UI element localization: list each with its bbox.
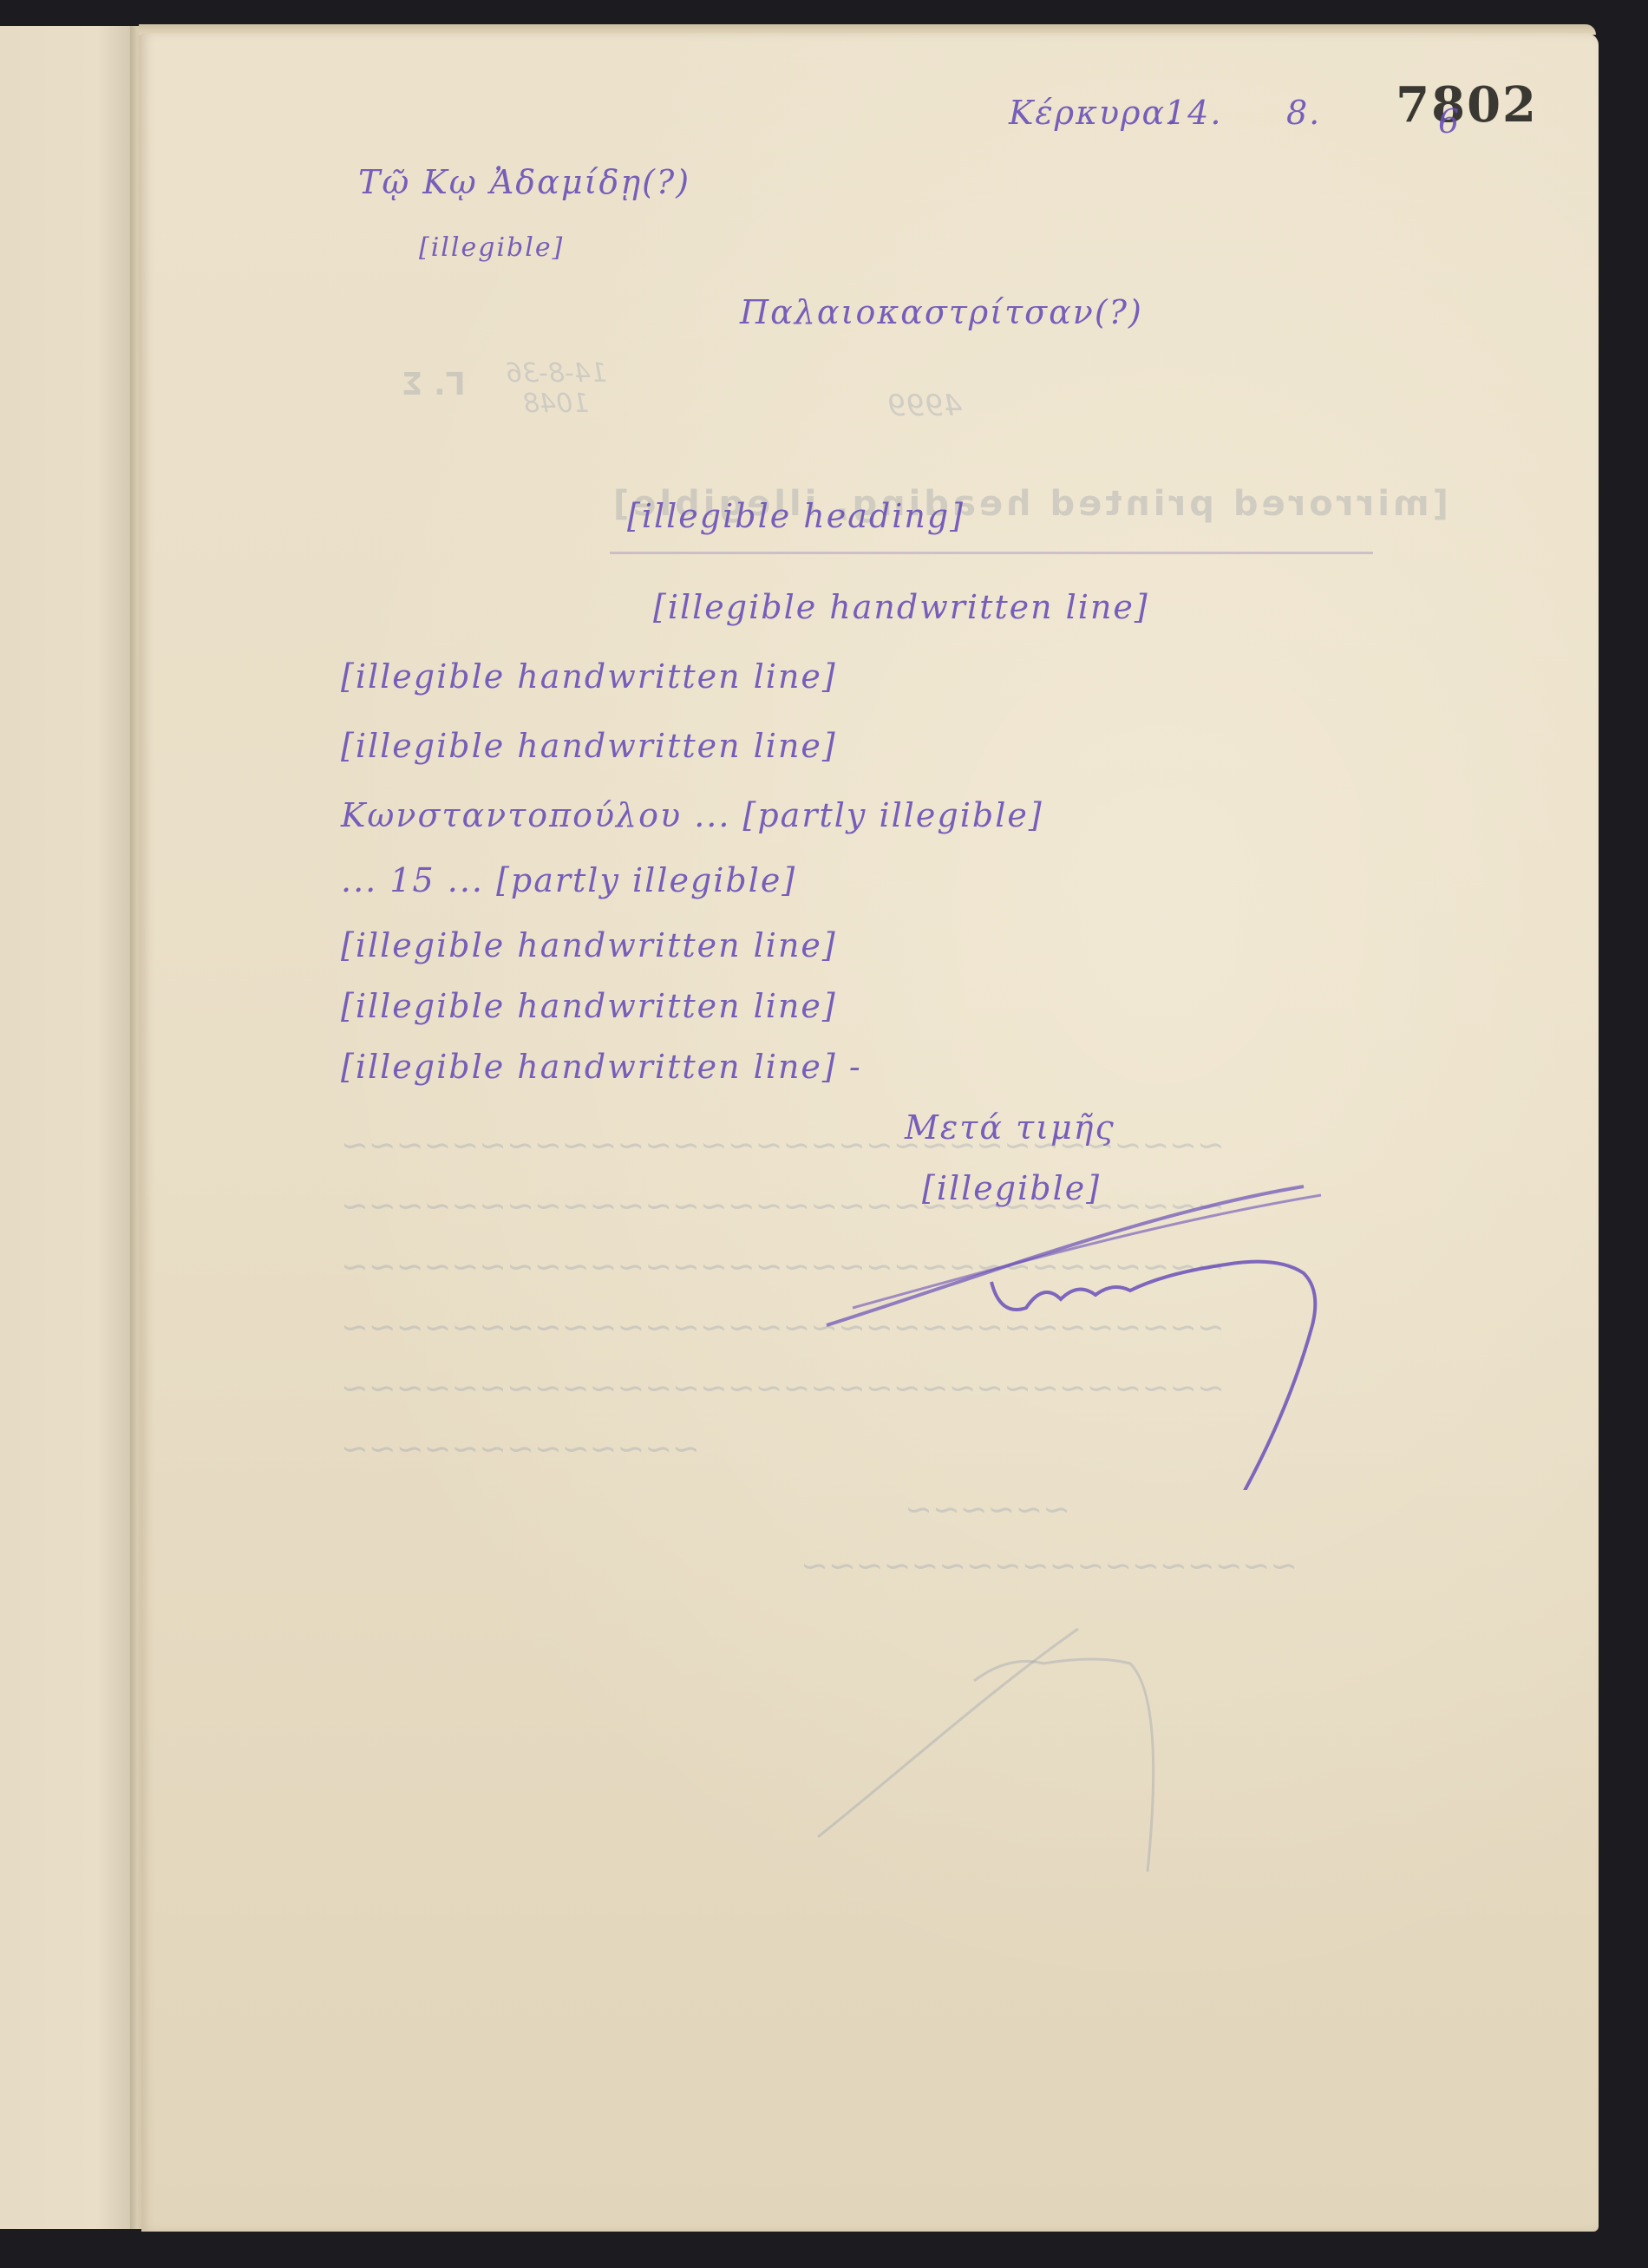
bleed-through-line: ~~~~~~~~~~~~~: [341, 1429, 700, 1467]
bleed-through-signature: [801, 1577, 1321, 1889]
bleed-through-date: 14-8-36: [506, 358, 607, 389]
body-line: [illegible handwritten line]: [341, 657, 837, 696]
document-page: Γ. Σ 14-8-36 1048 4999 [mirrored printed…: [141, 33, 1599, 2232]
addressee-line: [illegible]: [419, 232, 564, 263]
bleed-through-line: ~~~~~~: [905, 1490, 1070, 1528]
body-line: [illegible handwritten line]: [341, 987, 837, 1025]
body-line: [illegible handwritten line]: [653, 588, 1149, 626]
body-line: Κωνσταντοπούλου ... [partly illegible]: [341, 796, 1043, 834]
bleed-through-mark: Γ. Σ: [402, 367, 466, 402]
subject-heading: [illegible heading]: [627, 497, 965, 535]
date-month: 8.: [1286, 94, 1321, 132]
bleed-through-number: 1048: [523, 389, 589, 419]
body-line: [illegible handwritten line] -: [341, 1048, 862, 1086]
left-page: [0, 26, 139, 2229]
folio-number: 7802: [1396, 76, 1538, 134]
body-line: [illegible handwritten line]: [341, 727, 837, 765]
subject-underline: [610, 552, 1373, 554]
date-year: 6: [1438, 102, 1461, 141]
addressee-line: Παλαιοκαστρίτσαν(?): [740, 293, 1143, 331]
signature: [818, 1178, 1512, 1490]
date-day: 14.: [1165, 94, 1222, 132]
bleed-through-line: ~~~~~~~~~~~~~~~~~~~~~~~~~~~~~~~~: [341, 1126, 1225, 1164]
addressee-line: Τῷ Κῳ Ἀδαμίδῃ(?): [358, 163, 690, 201]
body-line: [illegible handwritten line]: [341, 926, 837, 964]
body-line: ... 15 ... [partly illegible]: [341, 861, 796, 899]
place-of-writing: Κέρκυρα.: [1009, 94, 1178, 132]
bleed-through-number: 4999: [887, 389, 963, 423]
